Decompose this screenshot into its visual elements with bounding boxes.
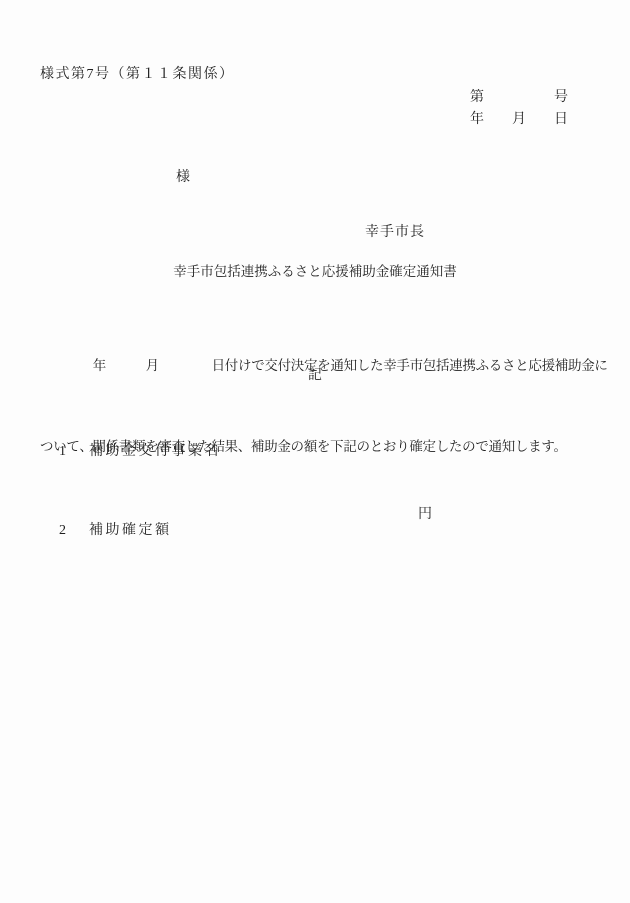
document-number-blank: 第 号	[470, 86, 568, 106]
sender-name: 幸手市長	[365, 221, 425, 241]
item-row-project-name: 1補助金交付事業名	[45, 424, 630, 492]
date-blank: 年 月 日	[470, 108, 568, 128]
form-number: 様式第7号（第１１条関係）	[40, 63, 235, 83]
document-page: 様式第7号（第１１条関係） 第 号 年 月 日 様 幸手市長 幸手市包括連携ふる…	[0, 0, 630, 903]
item-unit-yen: 円	[418, 503, 432, 523]
document-title: 幸手市包括連携ふるさと応援補助金確定通知書	[0, 260, 630, 280]
item-row-confirmed-amount: 2補助確定額 円	[45, 503, 630, 571]
item-number: 1	[59, 444, 89, 460]
addressee-suffix: 様	[176, 166, 190, 186]
item-label: 補助確定額	[89, 523, 172, 538]
item-label: 補助金交付事業名	[89, 444, 221, 459]
item-number: 2	[59, 523, 89, 539]
record-marker: 記	[0, 364, 630, 384]
